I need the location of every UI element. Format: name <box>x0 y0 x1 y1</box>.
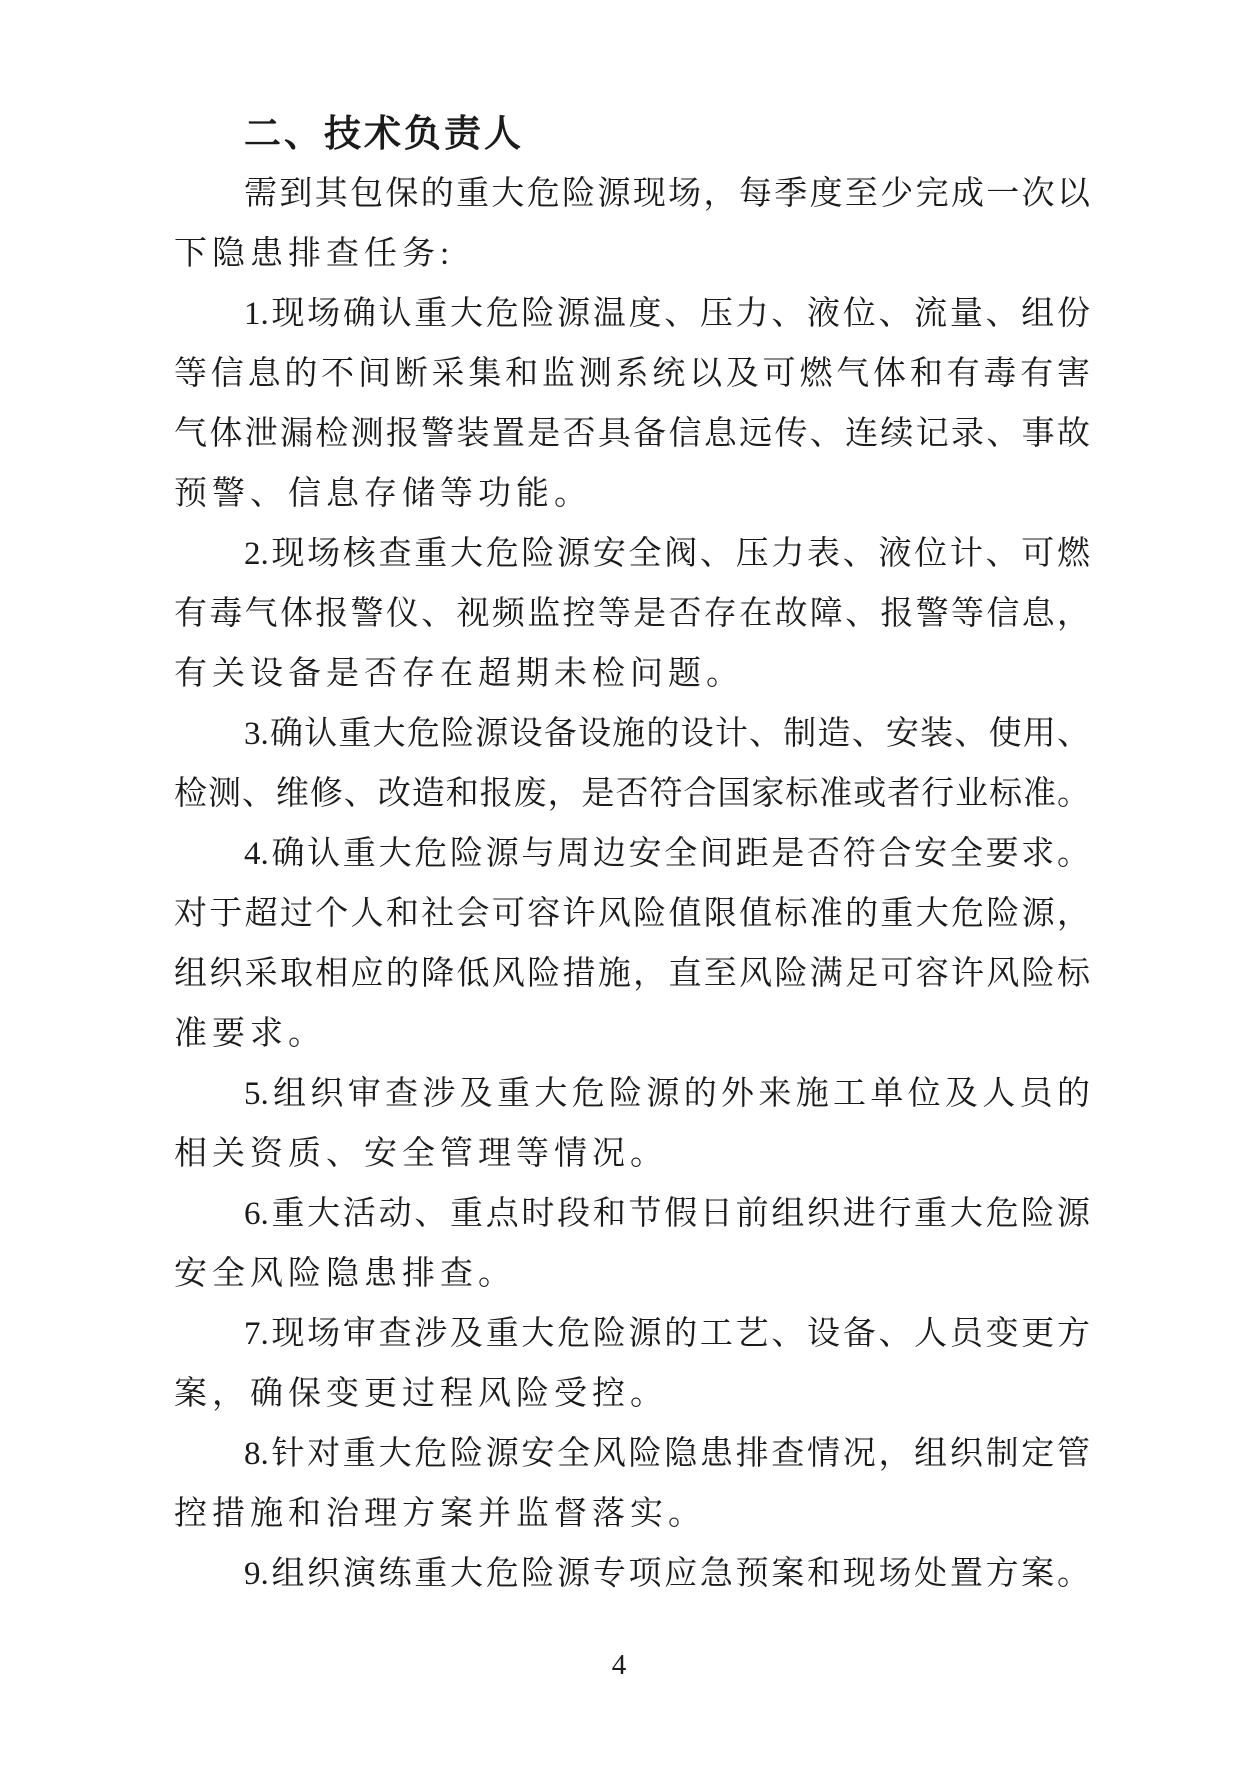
document-line: 5.组织审查涉及重大危险源的外来施工单位及人员的 <box>174 1064 1090 1124</box>
document-line: 4.确认重大危险源与周边安全间距是否符合安全要求。 <box>174 824 1090 884</box>
document-line: 控措施和治理方案并监督落实。 <box>174 1484 1090 1544</box>
document-line: 6.重大活动、重点时段和节假日前组织进行重大危险源 <box>174 1184 1090 1244</box>
document-line: 案，确保变更过程风险受控。 <box>174 1364 1090 1424</box>
section-heading: 二、技术负责人 <box>174 104 1090 164</box>
document-page: 二、技术负责人 需到其包保的重大危险源现场，每季度至少完成一次以下隐患排查任务:… <box>0 0 1238 1780</box>
document-line: 3.确认重大危险源设备设施的设计、制造、安装、使用、 <box>174 704 1090 764</box>
paragraphs-container: 需到其包保的重大危险源现场，每季度至少完成一次以下隐患排查任务:1.现场确认重大… <box>174 164 1090 1604</box>
document-line: 等信息的不间断采集和监测系统以及可燃气体和有毒有害 <box>174 344 1090 404</box>
document-line: 8.针对重大危险源安全风险隐患排查情况，组织制定管 <box>174 1424 1090 1484</box>
document-line: 气体泄漏检测报警装置是否具备信息远传、连续记录、事故 <box>174 404 1090 464</box>
paragraph: 7.现场审查涉及重大危险源的工艺、设备、人员变更方案，确保变更过程风险受控。 <box>174 1304 1090 1424</box>
paragraph: 4.确认重大危险源与周边安全间距是否符合安全要求。对于超过个人和社会可容许风险值… <box>174 824 1090 1064</box>
document-line: 有关设备是否存在超期未检问题。 <box>174 644 1090 704</box>
paragraph: 8.针对重大危险源安全风险隐患排查情况，组织制定管控措施和治理方案并监督落实。 <box>174 1424 1090 1544</box>
document-line: 检测、维修、改造和报废，是否符合国家标准或者行业标准。 <box>174 764 1090 824</box>
paragraph: 6.重大活动、重点时段和节假日前组织进行重大危险源安全风险隐患排查。 <box>174 1184 1090 1304</box>
document-line: 预警、信息存储等功能。 <box>174 464 1090 524</box>
paragraph: 5.组织审查涉及重大危险源的外来施工单位及人员的相关资质、安全管理等情况。 <box>174 1064 1090 1184</box>
document-line: 有毒气体报警仪、视频监控等是否存在故障、报警等信息， <box>174 584 1090 644</box>
document-line: 组织采取相应的降低风险措施，直至风险满足可容许风险标 <box>174 944 1090 1004</box>
document-line: 2.现场核查重大危险源安全阀、压力表、液位计、可燃 <box>174 524 1090 584</box>
document-line: 对于超过个人和社会可容许风险值限值标准的重大危险源， <box>174 884 1090 944</box>
document-line: 下隐患排查任务: <box>174 224 1090 284</box>
document-line: 7.现场审查涉及重大危险源的工艺、设备、人员变更方 <box>174 1304 1090 1364</box>
paragraph: 需到其包保的重大危险源现场，每季度至少完成一次以下隐患排查任务: <box>174 164 1090 284</box>
paragraph: 2.现场核查重大危险源安全阀、压力表、液位计、可燃有毒气体报警仪、视频监控等是否… <box>174 524 1090 704</box>
page-number: 4 <box>0 1645 1238 1685</box>
document-line: 安全风险隐患排查。 <box>174 1244 1090 1304</box>
document-line: 相关资质、安全管理等情况。 <box>174 1124 1090 1184</box>
document-line: 准要求。 <box>174 1004 1090 1064</box>
paragraph: 9.组织演练重大危险源专项应急预案和现场处置方案。 <box>174 1544 1090 1604</box>
document-line: 9.组织演练重大危险源专项应急预案和现场处置方案。 <box>174 1544 1090 1604</box>
paragraph: 1.现场确认重大危险源温度、压力、液位、流量、组份等信息的不间断采集和监测系统以… <box>174 284 1090 524</box>
document-line: 1.现场确认重大危险源温度、压力、液位、流量、组份 <box>174 284 1090 344</box>
text-block: 二、技术负责人 需到其包保的重大危险源现场，每季度至少完成一次以下隐患排查任务:… <box>174 104 1090 1604</box>
document-line: 需到其包保的重大危险源现场，每季度至少完成一次以 <box>174 164 1090 224</box>
paragraph: 3.确认重大危险源设备设施的设计、制造、安装、使用、检测、维修、改造和报废，是否… <box>174 704 1090 824</box>
